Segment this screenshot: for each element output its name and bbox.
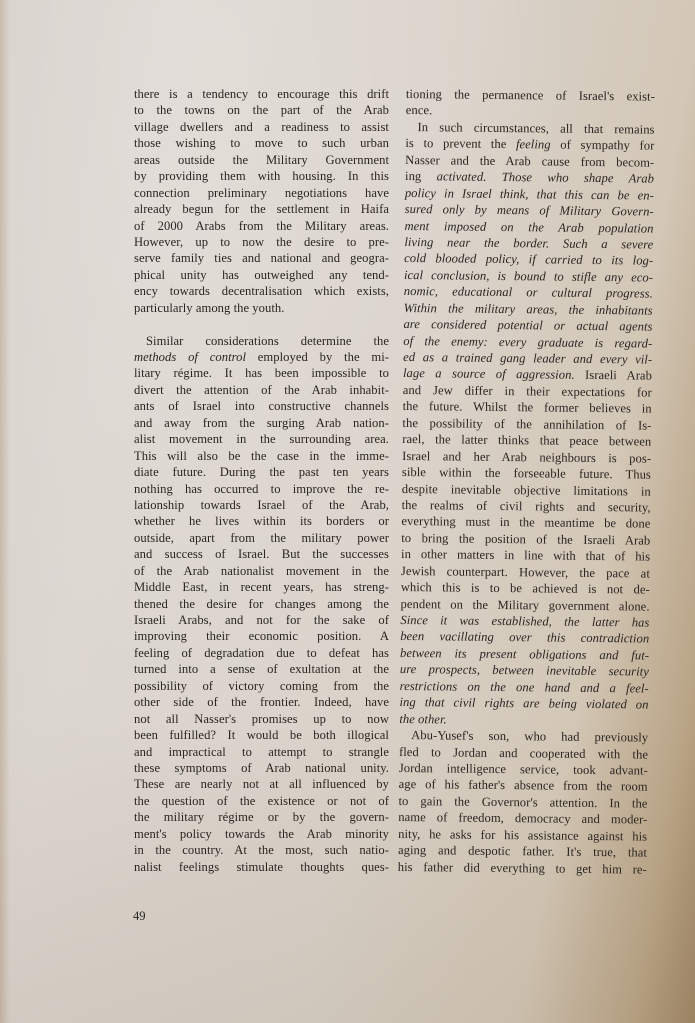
text-line: ency towards decentralisation which exis… (134, 283, 389, 299)
text-line: already begun for the settlement in Haif… (134, 201, 389, 217)
text-line: tioning the permanence of Israel's exist… (406, 86, 655, 105)
left-text-column: there is a tendency to encourage this dr… (134, 86, 389, 875)
paragraph-gap (134, 316, 389, 332)
text-line: areas outside the Military Government (134, 152, 389, 168)
text-line: improving their economic position. A (134, 628, 389, 644)
text-line: whether he lives within its borders or (134, 513, 389, 529)
paragraph: tioning the permanence of Israel's exist… (406, 86, 655, 121)
text-line: the military régime or by the govern- (134, 809, 389, 825)
text-line: and success of Israel. But the successes (134, 546, 389, 562)
text-segment: ing (405, 169, 437, 183)
text-line: serve family ties and national and geogr… (134, 250, 389, 266)
text-line: in the country. At the most, such natio- (134, 842, 389, 858)
text-line: outside, apart from the military power (134, 530, 389, 546)
text-line: thened the desire for changes among the (134, 596, 389, 612)
page-binding-edge (0, 0, 10, 1023)
italic-segment: activated. Those who shape Arab (437, 170, 655, 186)
text-segment: is to prevent the (405, 136, 516, 151)
text-line: litary régime. It has been impossible to (134, 365, 389, 381)
text-line: However, up to now the desire to pre- (134, 234, 389, 250)
text-line: particularly among the youth. (134, 300, 389, 316)
paragraph: In such circumstances, all that remainsi… (399, 119, 654, 730)
page-number: 49 (133, 909, 146, 924)
text-line: Abu-Yusef's son, who had previously (399, 727, 648, 746)
text-line: and away from the surging Arab nation- (134, 415, 389, 431)
text-line: feeling of degradation due to defeat has (134, 645, 389, 661)
text-line: Similar considerations determine the (134, 333, 389, 349)
text-line: those wishing to move to such urban (134, 135, 389, 151)
italic-segment: feeling (516, 137, 551, 151)
text-line: these symptoms of Arab national unity. (134, 760, 389, 776)
right-text-column: tioning the permanence of Israel's exist… (398, 86, 655, 878)
text-segment: of sympathy for (551, 138, 655, 153)
paragraph: Abu-Yusef's son, who had previouslyfled … (398, 727, 649, 878)
text-line: to the towns on the part of the Arab (134, 102, 389, 118)
text-line: his father did everything to get him re- (398, 859, 647, 878)
text-line: other side of the frontier. Indeed, have (134, 694, 389, 710)
text-line: lationship towards Israel of the Arab, (134, 497, 389, 513)
text-segment: Israeli Arab (575, 368, 652, 383)
text-line: sured only by means of Military Govern- (405, 201, 654, 220)
text-line: phical unity has outweighed any tend- (134, 267, 389, 283)
paragraph: Similar considerations determine themeth… (134, 333, 389, 875)
text-line: Middle East, in recent years, has streng… (134, 579, 389, 595)
text-line: are considered potential or actual agent… (403, 316, 652, 335)
text-line: the question of the existence or not of (134, 793, 389, 809)
text-line: methods of control employed by the mi- (134, 349, 389, 365)
text-line: village dwellers and a readiness to assi… (134, 119, 389, 135)
italic-segment: lage a source of aggression. (403, 366, 575, 382)
text-line: which this is to be achieved is not de- (401, 579, 650, 598)
paragraph: there is a tendency to encourage this dr… (134, 86, 389, 316)
text-line: ment's policy towards the Arab minority (134, 826, 389, 842)
text-line: sible within the forseeable future. Thus (402, 464, 651, 483)
text-line: This will also be the case in the imme- (134, 448, 389, 464)
text-line: connection preliminary negotiations have (134, 185, 389, 201)
text-line: possibility of victory coming from the (134, 678, 389, 694)
text-line: ants of Israel into constructive channel… (134, 398, 389, 414)
text-line: ing activated. Those who shape Arab (405, 168, 654, 187)
text-line: Israeli Arabs, and not for the sake of (134, 612, 389, 628)
text-line: rael, the latter thinks that peace betwe… (402, 431, 651, 450)
text-line: aging and despotic father. It's true, th… (398, 842, 647, 861)
text-line: of 2000 Arabs from the Military areas. (134, 218, 389, 234)
text-line: by providing them with housing. In this (134, 168, 389, 184)
text-line: diate future. During the past ten years (134, 464, 389, 480)
text-line: been fulfilled? It would be both illogic… (134, 727, 389, 743)
text-line: there is a tendency to encourage this dr… (134, 86, 389, 102)
text-line: not all Nasser's promises up to now (134, 711, 389, 727)
text-line: ing that civil rights are being violated… (399, 694, 648, 713)
text-line: nalist feelings stimulate thoughts ques- (134, 859, 389, 875)
text-line: divert the attention of the Arab inhabit… (134, 382, 389, 398)
italic-segment: methods of control (134, 350, 246, 364)
text-line: and impractical to attempt to strangle (134, 744, 389, 760)
text-line: nothing has occurred to improve the re- (134, 481, 389, 497)
text-line: These are nearly not at all influenced b… (134, 776, 389, 792)
text-line: turned into a sense of exultation at the (134, 661, 389, 677)
text-line: of the Arab nationalist movement in the (134, 563, 389, 579)
text-segment: employed by the mi- (246, 350, 389, 364)
text-line: alist movement in the surrounding area. (134, 431, 389, 447)
